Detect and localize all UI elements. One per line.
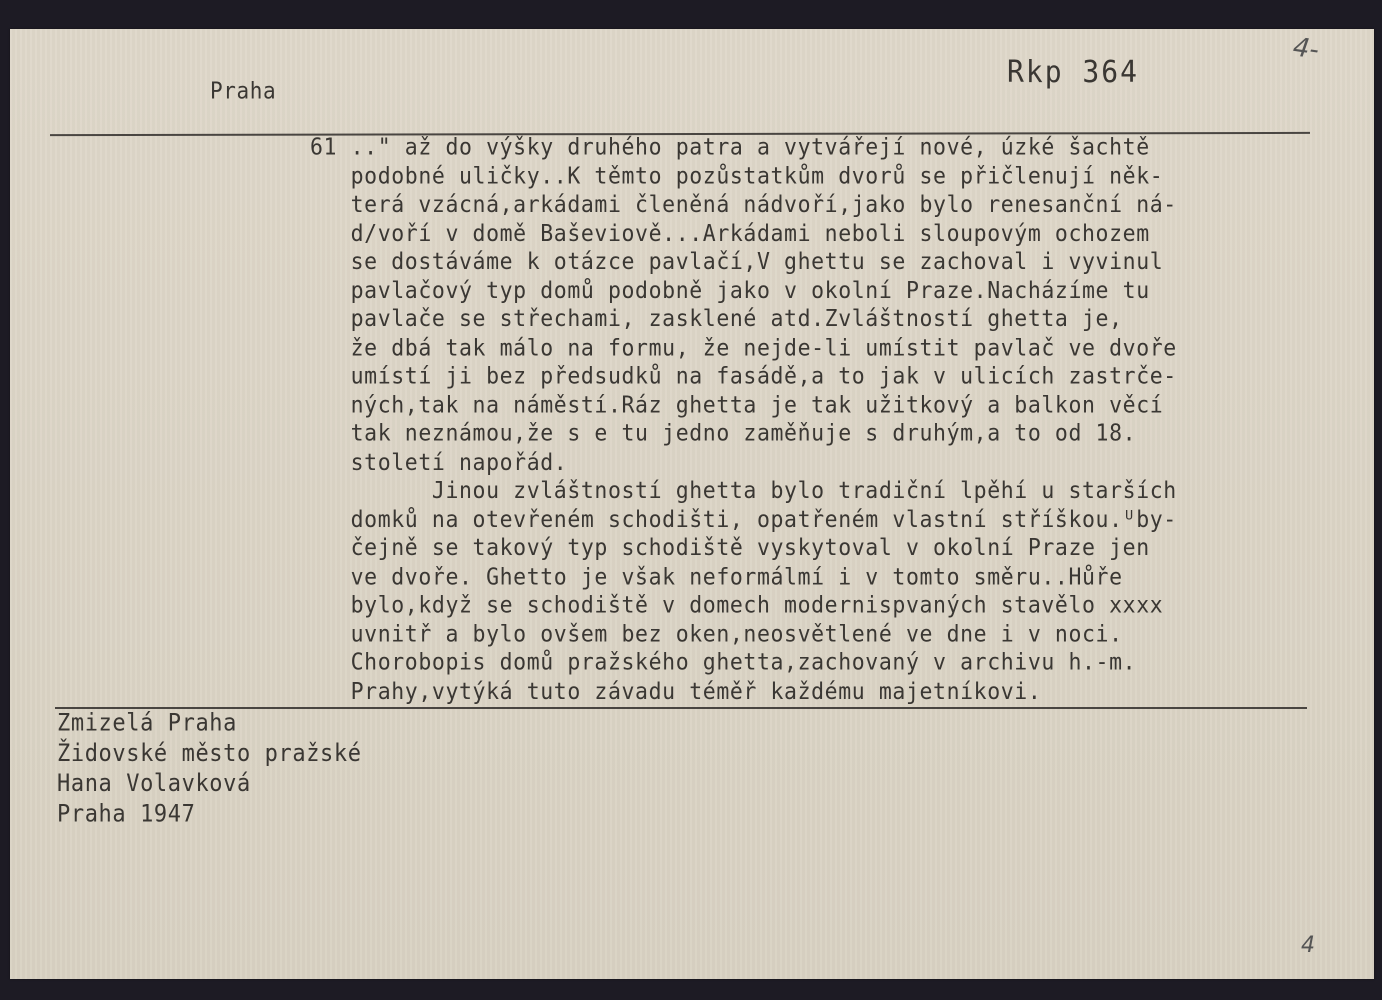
body-text-line: domků na otevřeném schodišti, opatřeném … [310,506,1177,535]
body-text-line: století napořád. [310,449,1177,478]
source-line: Židovské město pražské [57,739,362,769]
body-text-line: pavlače se střechami, zasklené atd.Zvláš… [310,306,1177,335]
source-line: Hana Volavková [57,769,362,799]
body-text-line: čejně se takový typ schodiště vyskytoval… [310,535,1177,564]
handwritten-page-number: 4 [1301,933,1315,958]
body-text-line: pavlačový typ domů podobně jako v okolní… [310,277,1177,306]
body-text-line: d/voří v domě Baševiově...Arkádami nebol… [310,220,1177,249]
body-text-line: že dbá tak málo na formu, že nejde-li um… [310,334,1177,363]
body-text-line: Prahy,vytýká tuto závadu téměř každému m… [310,678,1177,707]
body-text-line: ve dvoře. Ghetto je však neformálmí i v … [310,563,1177,592]
body-text-line: bylo,když se schodiště v domech modernis… [310,592,1177,621]
body-text-line: podobné uličky..K těmto pozůstatkům dvor… [310,163,1177,192]
body-text-line: ných,tak na náměstí.Ráz ghetta je tak už… [310,392,1177,421]
body-text-line: 61 .." až do výšky druhého patra a vytvá… [310,134,1177,163]
place-heading: Praha [210,77,276,106]
body-text-line: Jinou zvláštností ghetta bylo tradiční l… [310,477,1177,506]
source-line: Praha 1947 [57,800,362,830]
source-citation: Zmizelá PrahaŽidovské město pražskéHana … [57,709,362,830]
manuscript-reference: Rkp 364 [1007,58,1139,87]
handwritten-folio-number: 4- [1291,32,1321,65]
body-text: 61 .." až do výšky druhého patra a vytvá… [310,134,1177,706]
body-text-line: uvnitř a bylo ovšem bez oken,neosvětlené… [310,621,1177,650]
body-text-line: umístí ji bez předsudků na fasádě,a to j… [310,363,1177,392]
source-line: Zmizelá Praha [57,709,362,739]
body-text-line: Chorobopis domů pražského ghetta,zachova… [310,649,1177,678]
body-text-line: tak neznámou,že s e tu jedno zaměňuje s … [310,420,1177,449]
document-page: 4- Praha Rkp 364 61 .." až do výšky druh… [10,29,1374,979]
body-text-line: se dostáváme k otázce pavlačí,V ghettu s… [310,248,1177,277]
body-text-line: terá vzácná,arkádami členěná nádvoří,jak… [310,191,1177,220]
